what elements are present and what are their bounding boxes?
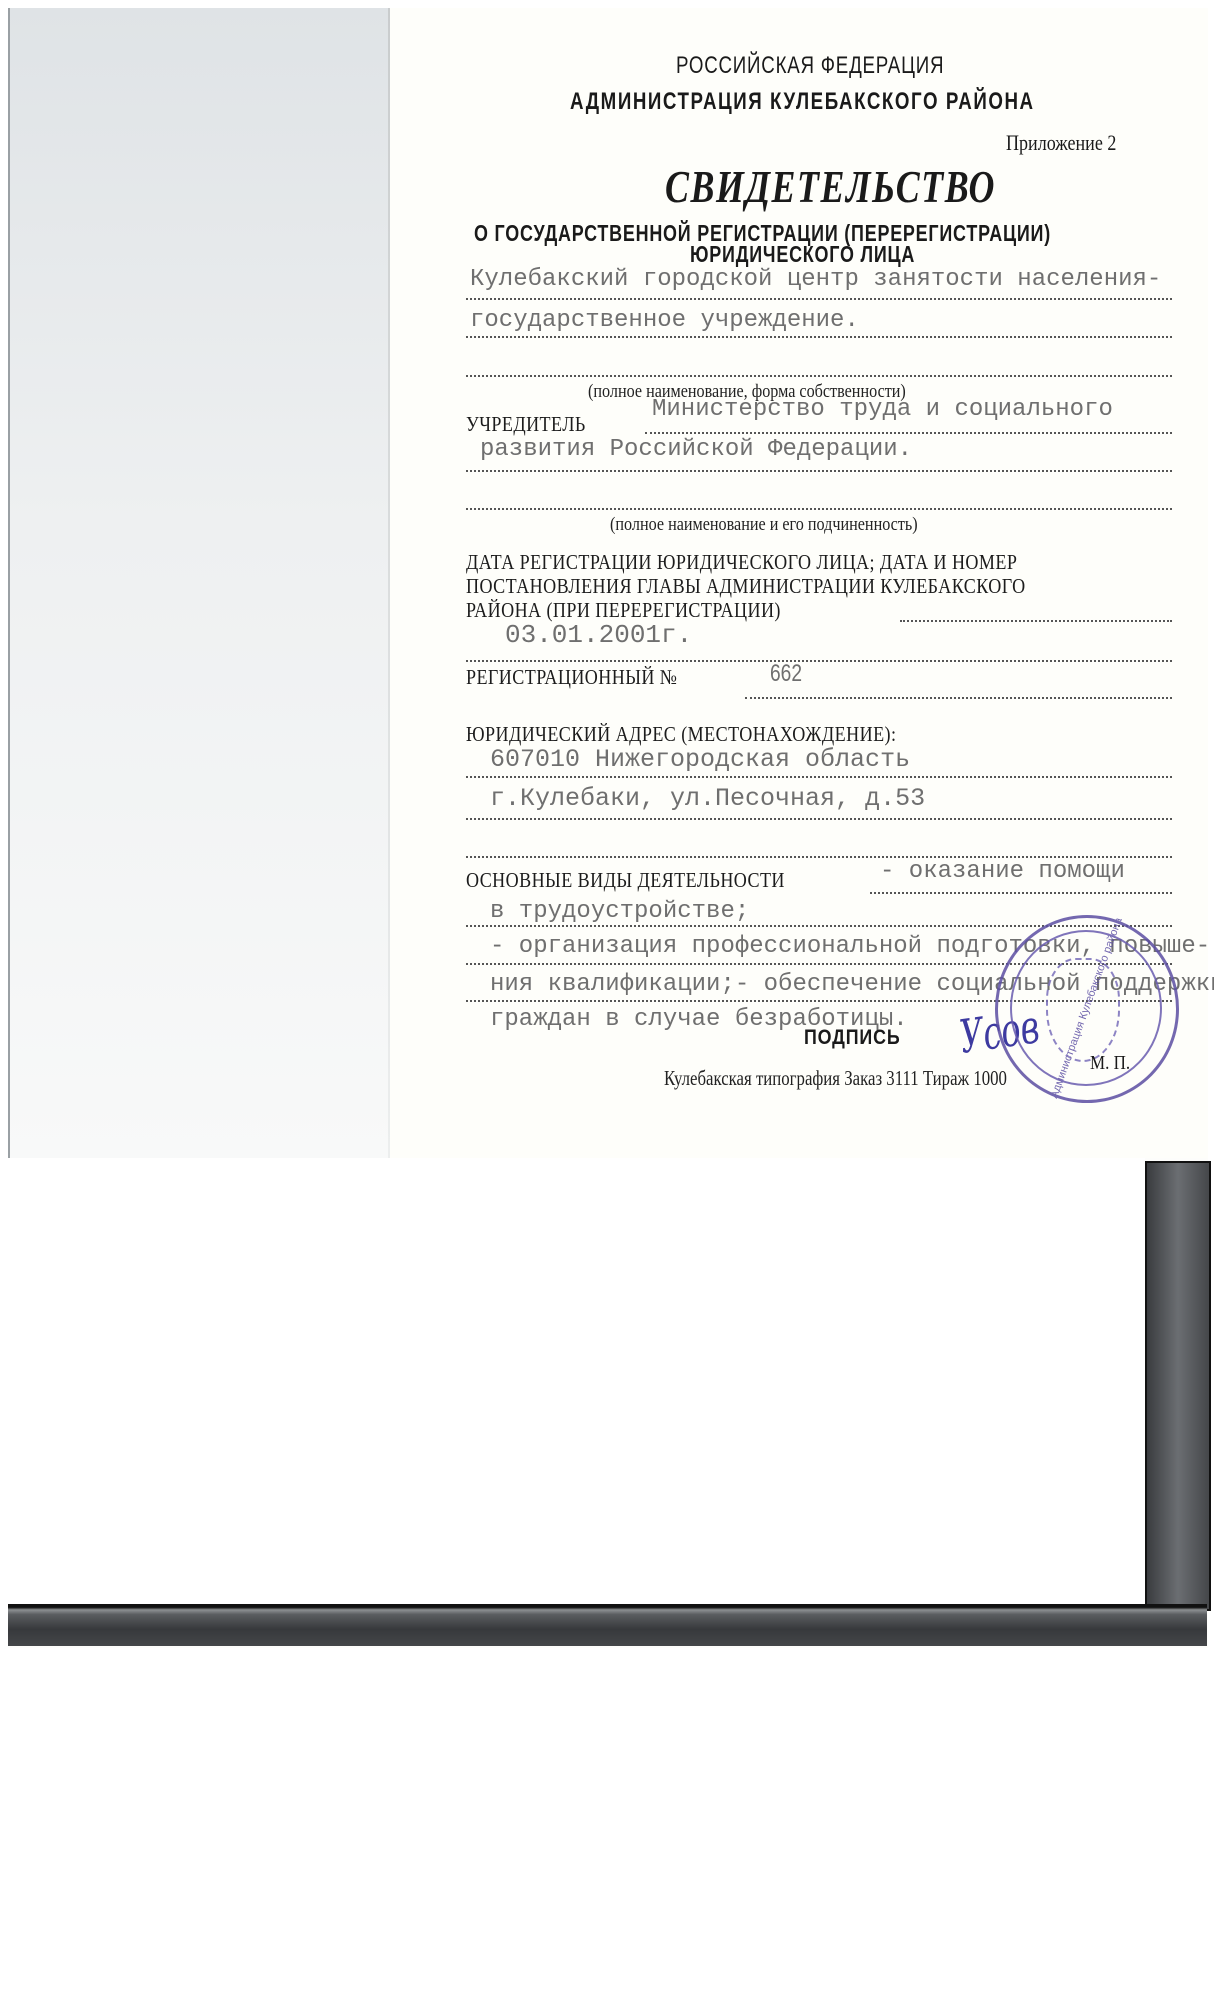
- registration-date-value: 03.01.2001г.: [505, 620, 692, 650]
- seal-label: М. П.: [1090, 1052, 1130, 1075]
- rule-line: [645, 432, 1172, 434]
- rule-line: [466, 298, 1172, 300]
- rule-line: [466, 336, 1172, 338]
- founder-label: УЧРЕДИТЕЛЬ: [466, 412, 586, 437]
- rule-line: [466, 660, 1172, 662]
- rule-line: [466, 818, 1172, 820]
- rule-line: [745, 697, 1172, 699]
- founder-line-1: Министерство труда и социального: [652, 396, 1113, 423]
- scanner-edge-bottom: [8, 1604, 1207, 1646]
- printer-footer: Кулебакская типография Заказ 3111 Тираж …: [664, 1066, 1007, 1091]
- legal-address-line-1: 607010 Нижегородская область: [490, 745, 910, 774]
- legal-address-label: ЮРИДИЧЕСКИЙ АДРЕС (МЕСТОНАХОЖДЕНИЕ):: [466, 722, 896, 747]
- founder-line-2: развития Российской Федерации.: [480, 436, 912, 463]
- entity-name-line-2: государственное учреждение.: [470, 307, 859, 334]
- blank-scan-area: [8, 1158, 1145, 1605]
- rule-line: [466, 776, 1172, 778]
- registration-date-label-2: ПОСТАНОВЛЕНИЯ ГЛАВЫ АДМИНИСТРАЦИИ КУЛЕБА…: [466, 574, 1026, 599]
- scanner-edge-right: [1145, 1161, 1211, 1611]
- activities-line-2: в трудоустройстве;: [490, 898, 749, 925]
- registration-number-value: 662: [770, 660, 802, 688]
- rule-line: [466, 375, 1172, 377]
- entity-name-line-1: Кулебакский городской центр занятости на…: [470, 266, 1161, 293]
- appendix-label: Приложение 2: [1006, 130, 1116, 156]
- activities-line-1: - оказание помощи: [880, 858, 1125, 885]
- document-title: СВИДЕТЕЛЬСТВО: [665, 160, 996, 213]
- fold-line: [388, 8, 390, 1158]
- activities-label: ОСНОВНЫЕ ВИДЫ ДЕЯТЕЛЬНОСТИ: [466, 868, 785, 893]
- registration-date-label-1: ДАТА РЕГИСТРАЦИИ ЮРИДИЧЕСКОГО ЛИЦА; ДАТА…: [466, 550, 1017, 575]
- registration-number-label: РЕГИСТРАЦИОННЫЙ №: [466, 665, 677, 690]
- rule-line: [466, 508, 1172, 510]
- official-stamp: Администрация Кулебакского района: [995, 915, 1179, 1103]
- legal-address-line-2: г.Кулебаки, ул.Песочная, д.53: [490, 784, 925, 813]
- rule-line: [870, 892, 1172, 894]
- founder-caption: (полное наименование и его подчиненность…: [610, 514, 918, 536]
- signature-label: ПОДПИСЬ: [804, 1026, 901, 1050]
- rule-line: [466, 470, 1172, 472]
- country-heading: РОССИЙСКАЯ ФЕДЕРАЦИЯ: [676, 52, 944, 80]
- document-subtitle-2: ЮРИДИЧЕСКОГО ЛИЦА: [690, 241, 915, 268]
- rule-line: [900, 620, 1172, 622]
- authority-heading: АДМИНИСТРАЦИЯ КУЛЕБАКСКОГО РАЙОНА: [570, 88, 1035, 116]
- paper-left-fold: [8, 8, 390, 1158]
